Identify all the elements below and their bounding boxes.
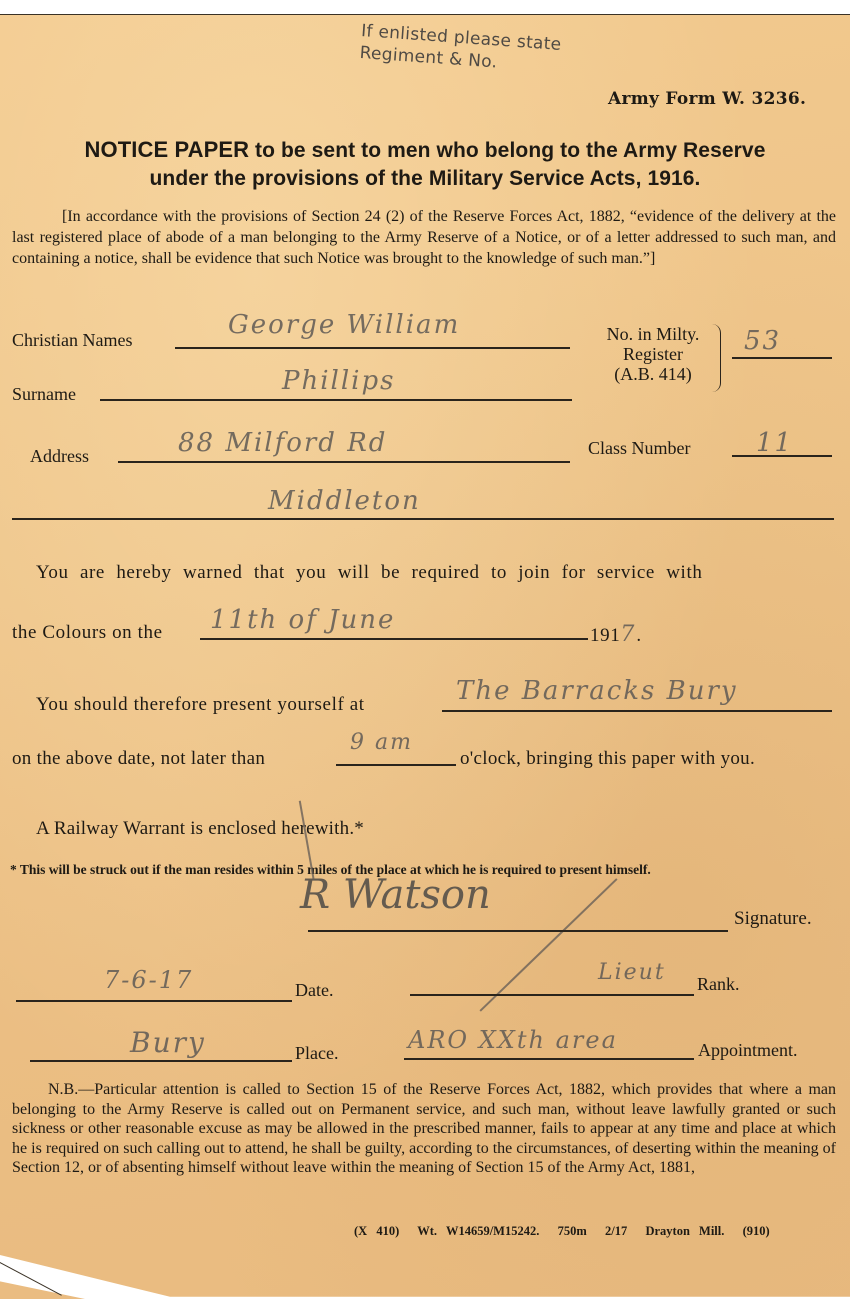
address-rule-2 xyxy=(12,518,834,520)
railway-warrant-text: A Railway Warrant is enclosed herewith.* xyxy=(36,818,364,840)
colours-prefix: the Colours on the xyxy=(12,622,163,644)
year-handwritten: 7 xyxy=(620,622,636,647)
date-rule xyxy=(16,1000,292,1002)
rank-rule xyxy=(410,994,694,996)
colours-date-value: 11th of June xyxy=(210,605,395,635)
title-line-1-rest: to be sent to men who belong to the Army… xyxy=(249,139,765,162)
class-number-label: Class Number xyxy=(588,438,691,459)
class-number-value: 11 xyxy=(756,428,793,458)
title-caps: NOTICE PAPER xyxy=(85,137,250,162)
milty-register-value: 53 xyxy=(744,326,781,356)
printer-imprint: (X 410) Wt. W14659/M15242. 750m 2/17 Dra… xyxy=(354,1224,770,1239)
christian-names-rule xyxy=(175,347,570,349)
rank-value: Lieut xyxy=(598,960,666,985)
title-line-1: NOTICE PAPER to be sent to men who belon… xyxy=(10,136,840,165)
title-line-2: under the provisions of the Military Ser… xyxy=(10,165,840,193)
milty-register-label-1: No. in Milty. xyxy=(588,324,718,344)
milty-register-label: No. in Milty. Register (A.B. 414) xyxy=(588,324,718,384)
surname-label: Surname xyxy=(12,384,76,405)
present-prefix: You should therefore present yourself at xyxy=(36,694,365,716)
address-value-line-2: Middleton xyxy=(268,486,421,516)
year-period: . xyxy=(636,625,641,646)
address-label: Address xyxy=(30,446,89,467)
present-location-value: The Barracks Bury xyxy=(456,676,738,706)
place-label: Place. xyxy=(295,1043,338,1064)
preamble-text: [In accordance with the provisions of Se… xyxy=(12,206,836,269)
christian-names-value: George William xyxy=(228,310,460,340)
colours-date-rule xyxy=(200,638,588,640)
christian-names-label: Christian Names xyxy=(12,330,132,351)
year-printed-digits: 191 xyxy=(590,625,620,646)
address-value-line-1: 88 Milford Rd xyxy=(178,428,387,458)
milty-register-label-2: Register xyxy=(588,344,718,364)
date-value: 7-6-17 xyxy=(104,966,193,994)
notice-title: NOTICE PAPER to be sent to men who belon… xyxy=(10,136,840,193)
place-value: Bury xyxy=(130,1026,206,1059)
surname-rule xyxy=(100,399,572,401)
milty-register-rule xyxy=(732,357,832,359)
place-rule xyxy=(30,1060,292,1062)
register-brace xyxy=(712,324,721,392)
appointment-value: ARO XXth area xyxy=(408,1026,618,1054)
present-location-rule xyxy=(442,710,832,712)
warning-text: You are hereby warned that you will be r… xyxy=(36,562,702,584)
time-suffix: o'clock, bringing this paper with you. xyxy=(460,748,755,770)
rank-label: Rank. xyxy=(697,974,740,995)
appointment-rule xyxy=(404,1058,694,1060)
address-rule-1 xyxy=(118,461,570,463)
officer-signature: R Watson xyxy=(300,872,491,918)
surname-value: Phillips xyxy=(282,366,396,396)
year-printed: 1917. xyxy=(590,622,642,647)
milty-register-label-3: (A.B. 414) xyxy=(588,364,718,384)
time-prefix: on the above date, not later than xyxy=(12,748,265,770)
date-label: Date. xyxy=(295,980,333,1001)
form-number: Army Form W. 3236. xyxy=(608,89,806,109)
appointment-label: Appointment. xyxy=(698,1040,798,1061)
nb-paragraph: N.B.—Particular attention is called to S… xyxy=(12,1080,836,1178)
signature-rule xyxy=(308,930,728,932)
signature-label: Signature. xyxy=(734,908,812,930)
time-value: 9 am xyxy=(350,730,413,755)
time-rule xyxy=(336,764,456,766)
